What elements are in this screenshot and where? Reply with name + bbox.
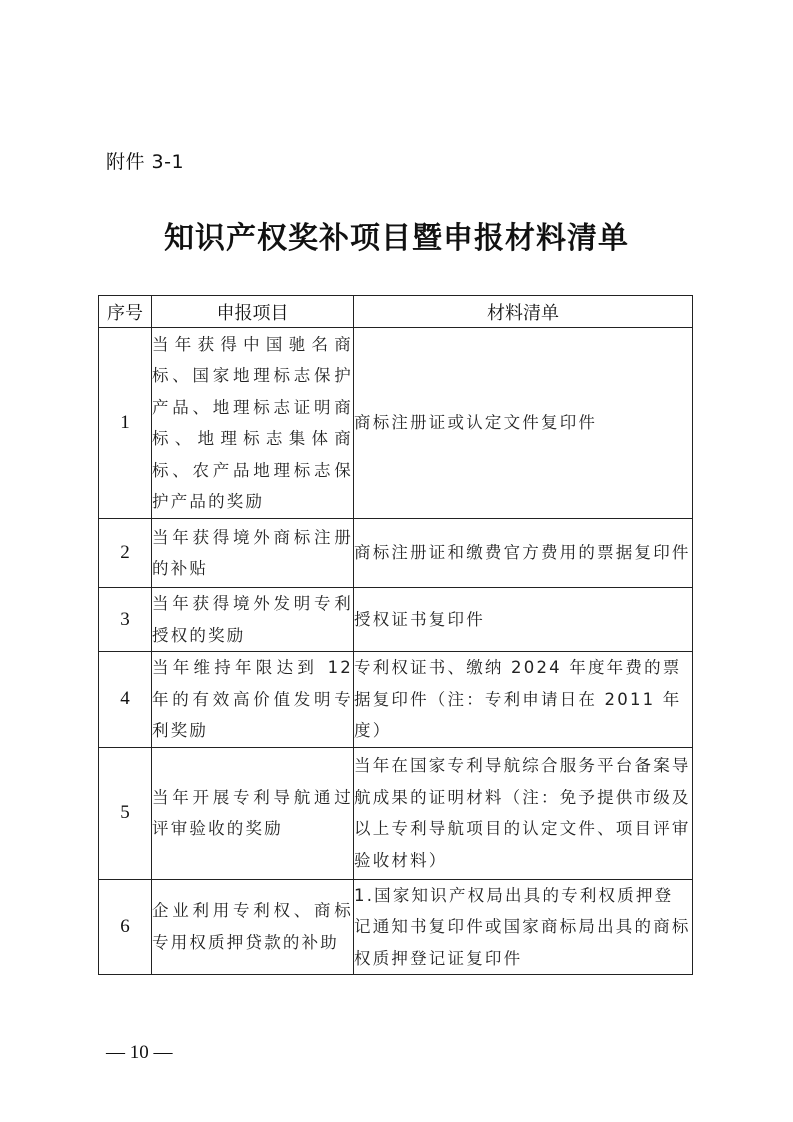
row-item: 当年获得境外商标注册的补贴 <box>152 519 354 588</box>
row-item: 企业利用专利权、商标专用权质押贷款的补助 <box>152 879 354 975</box>
row-no: 2 <box>99 519 152 588</box>
document-title: 知识产权奖补项目暨申报材料清单 <box>0 213 793 257</box>
attachment-label: 附件 3-1 <box>106 147 184 174</box>
row-no: 5 <box>99 747 152 879</box>
row-materials: 当年在国家专利导航综合服务平台备案导航成果的证明材料（注：免予提供市级及以上专利… <box>354 747 693 879</box>
row-materials: 专利权证书、缴纳 2024 年度年费的票据复印件（注：专利申请日在 2011 年… <box>354 652 693 748</box>
row-item: 当年获得中国驰名商标、国家地理标志保护产品、地理标志证明商标、地理标志集体商标、… <box>152 328 354 519</box>
materials-table: 序号 申报项目 材料清单 1 当年获得中国驰名商标、国家地理标志保护产品、地理标… <box>98 295 693 975</box>
table-row: 1 当年获得中国驰名商标、国家地理标志保护产品、地理标志证明商标、地理标志集体商… <box>99 328 693 519</box>
row-materials: 授权证书复印件 <box>354 588 693 652</box>
table-row: 2 当年获得境外商标注册的补贴 商标注册证和缴费官方费用的票据复印件 <box>99 519 693 588</box>
row-item: 当年维持年限达到 12 年的有效高价值发明专利奖励 <box>152 652 354 748</box>
table-row: 4 当年维持年限达到 12 年的有效高价值发明专利奖励 专利权证书、缴纳 202… <box>99 652 693 748</box>
row-no: 4 <box>99 652 152 748</box>
table-row: 5 当年开展专利导航通过评审验收的奖励 当年在国家专利导航综合服务平台备案导航成… <box>99 747 693 879</box>
header-materials: 材料清单 <box>354 296 693 328</box>
row-no: 6 <box>99 879 152 975</box>
row-item: 当年获得境外发明专利授权的奖励 <box>152 588 354 652</box>
table-row: 6 企业利用专利权、商标专用权质押贷款的补助 1.国家知识产权局出具的专利权质押… <box>99 879 693 975</box>
table-row: 3 当年获得境外发明专利授权的奖励 授权证书复印件 <box>99 588 693 652</box>
page-number: — 10 — <box>106 1042 173 1064</box>
table-header-row: 序号 申报项目 材料清单 <box>99 296 693 328</box>
row-no: 3 <box>99 588 152 652</box>
row-materials: 商标注册证或认定文件复印件 <box>354 328 693 519</box>
header-item: 申报项目 <box>152 296 354 328</box>
header-no: 序号 <box>99 296 152 328</box>
row-no: 1 <box>99 328 152 519</box>
row-item: 当年开展专利导航通过评审验收的奖励 <box>152 747 354 879</box>
row-materials: 商标注册证和缴费官方费用的票据复印件 <box>354 519 693 588</box>
row-materials: 1.国家知识产权局出具的专利权质押登记通知书复印件或国家商标局出具的商标权质押登… <box>354 879 693 975</box>
